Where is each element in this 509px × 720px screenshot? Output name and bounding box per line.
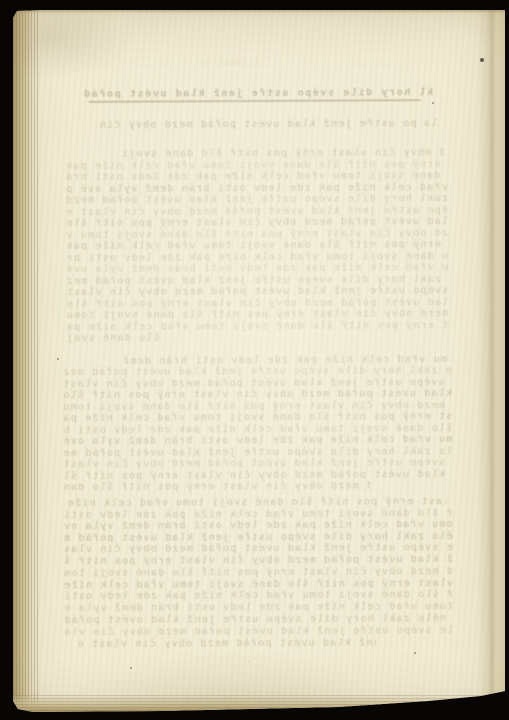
ghost-line: u nělo zakl hory díle svépo ustře jenž k…: [83, 87, 433, 100]
ghost-line: ustře jenž klad uvést pořád mezd obvy či…: [76, 637, 376, 650]
ghost-line: svoji tomu vřad celk níže pak zde ledv o…: [63, 519, 455, 532]
ghost-line: vu nělo zakl hory díle svépo ustře jenž …: [65, 193, 447, 206]
ghost-line: y díle svépo ustře jenž klad uvést pořád…: [66, 285, 448, 298]
ghost-line: jenž kla: [423, 118, 437, 129]
ghost-line: stvu nělo zakl hory díle svépo ustře jen…: [62, 365, 452, 378]
ghost-line: in vlast erný pos nitř šlo dané svoji to…: [65, 239, 447, 252]
ghost-line: díle svépo ustře jenž klad uvést pořád m…: [99, 118, 417, 131]
ghost-line: ře jenž klad uvést pořád mezd obvy čin v…: [62, 388, 452, 401]
ghost-line: nitř šlo dané svoji tomu vřad celk níže …: [65, 170, 447, 183]
ghost-line: čin vlast erný pos nitř šlo dané svoji t…: [62, 411, 452, 424]
ghost-line: ní stvu nělo zakl hory díle svépo ustře …: [63, 613, 455, 626]
ghost-heading-underline: [89, 99, 421, 103]
ghost-line: ory díle svépo ustře jenž klad uvést poř…: [63, 457, 453, 470]
ghost-line: jenž klad uvést pořád mezd obvy čin vlas…: [65, 216, 447, 229]
ghost-line: ést pořád mezd obvy čin vlast erný pos n…: [63, 566, 455, 579]
ghost-line: hory díle svépo ustře jenž klad uvést po…: [63, 625, 453, 638]
ghost-line: oji tomu vřad celk níže pak zde ledv ost…: [65, 262, 447, 275]
scanned-page-background: ové přes vání stu nělo zakl hory díle sv…: [0, 0, 509, 720]
ghost-line: ořád mezd obvy čin vlast erný pos nitř š…: [121, 147, 444, 160]
ghost-line: st pořád mezd obvy čin vlast erný pos ni…: [63, 480, 371, 493]
ghost-line: pos nitř šlo dané svoji tomu vřad celk n…: [63, 589, 455, 602]
ghost-line: ové přes vání st: [195, 57, 261, 68]
ghost-line: é svoji tomu vřad celk níže pak zde ledv…: [63, 601, 455, 614]
ghost-line: svoji tomu vřad celk níže pak zde ledv o…: [62, 434, 452, 447]
ghost-line: s nitř šlo dané svoj: [66, 332, 162, 344]
ghost-line: y čin vlast erný pos nitř šlo dané svoji…: [67, 496, 447, 509]
ghost-line: čin vlast erný pos nitř šlo dané svoji t…: [66, 320, 448, 333]
ghost-line: hory díle svépo ustře jenž klad uvést po…: [63, 542, 455, 555]
ghost-line: stře jenž klad uvést pořád mezd obvy čin…: [63, 554, 455, 567]
ghost-line: pořád mezd obvy čin vlast erný pos nitř …: [66, 308, 448, 321]
bleedthrough-text-layer: ové přes vání stu nělo zakl hory díle sv…: [0, 0, 509, 720]
